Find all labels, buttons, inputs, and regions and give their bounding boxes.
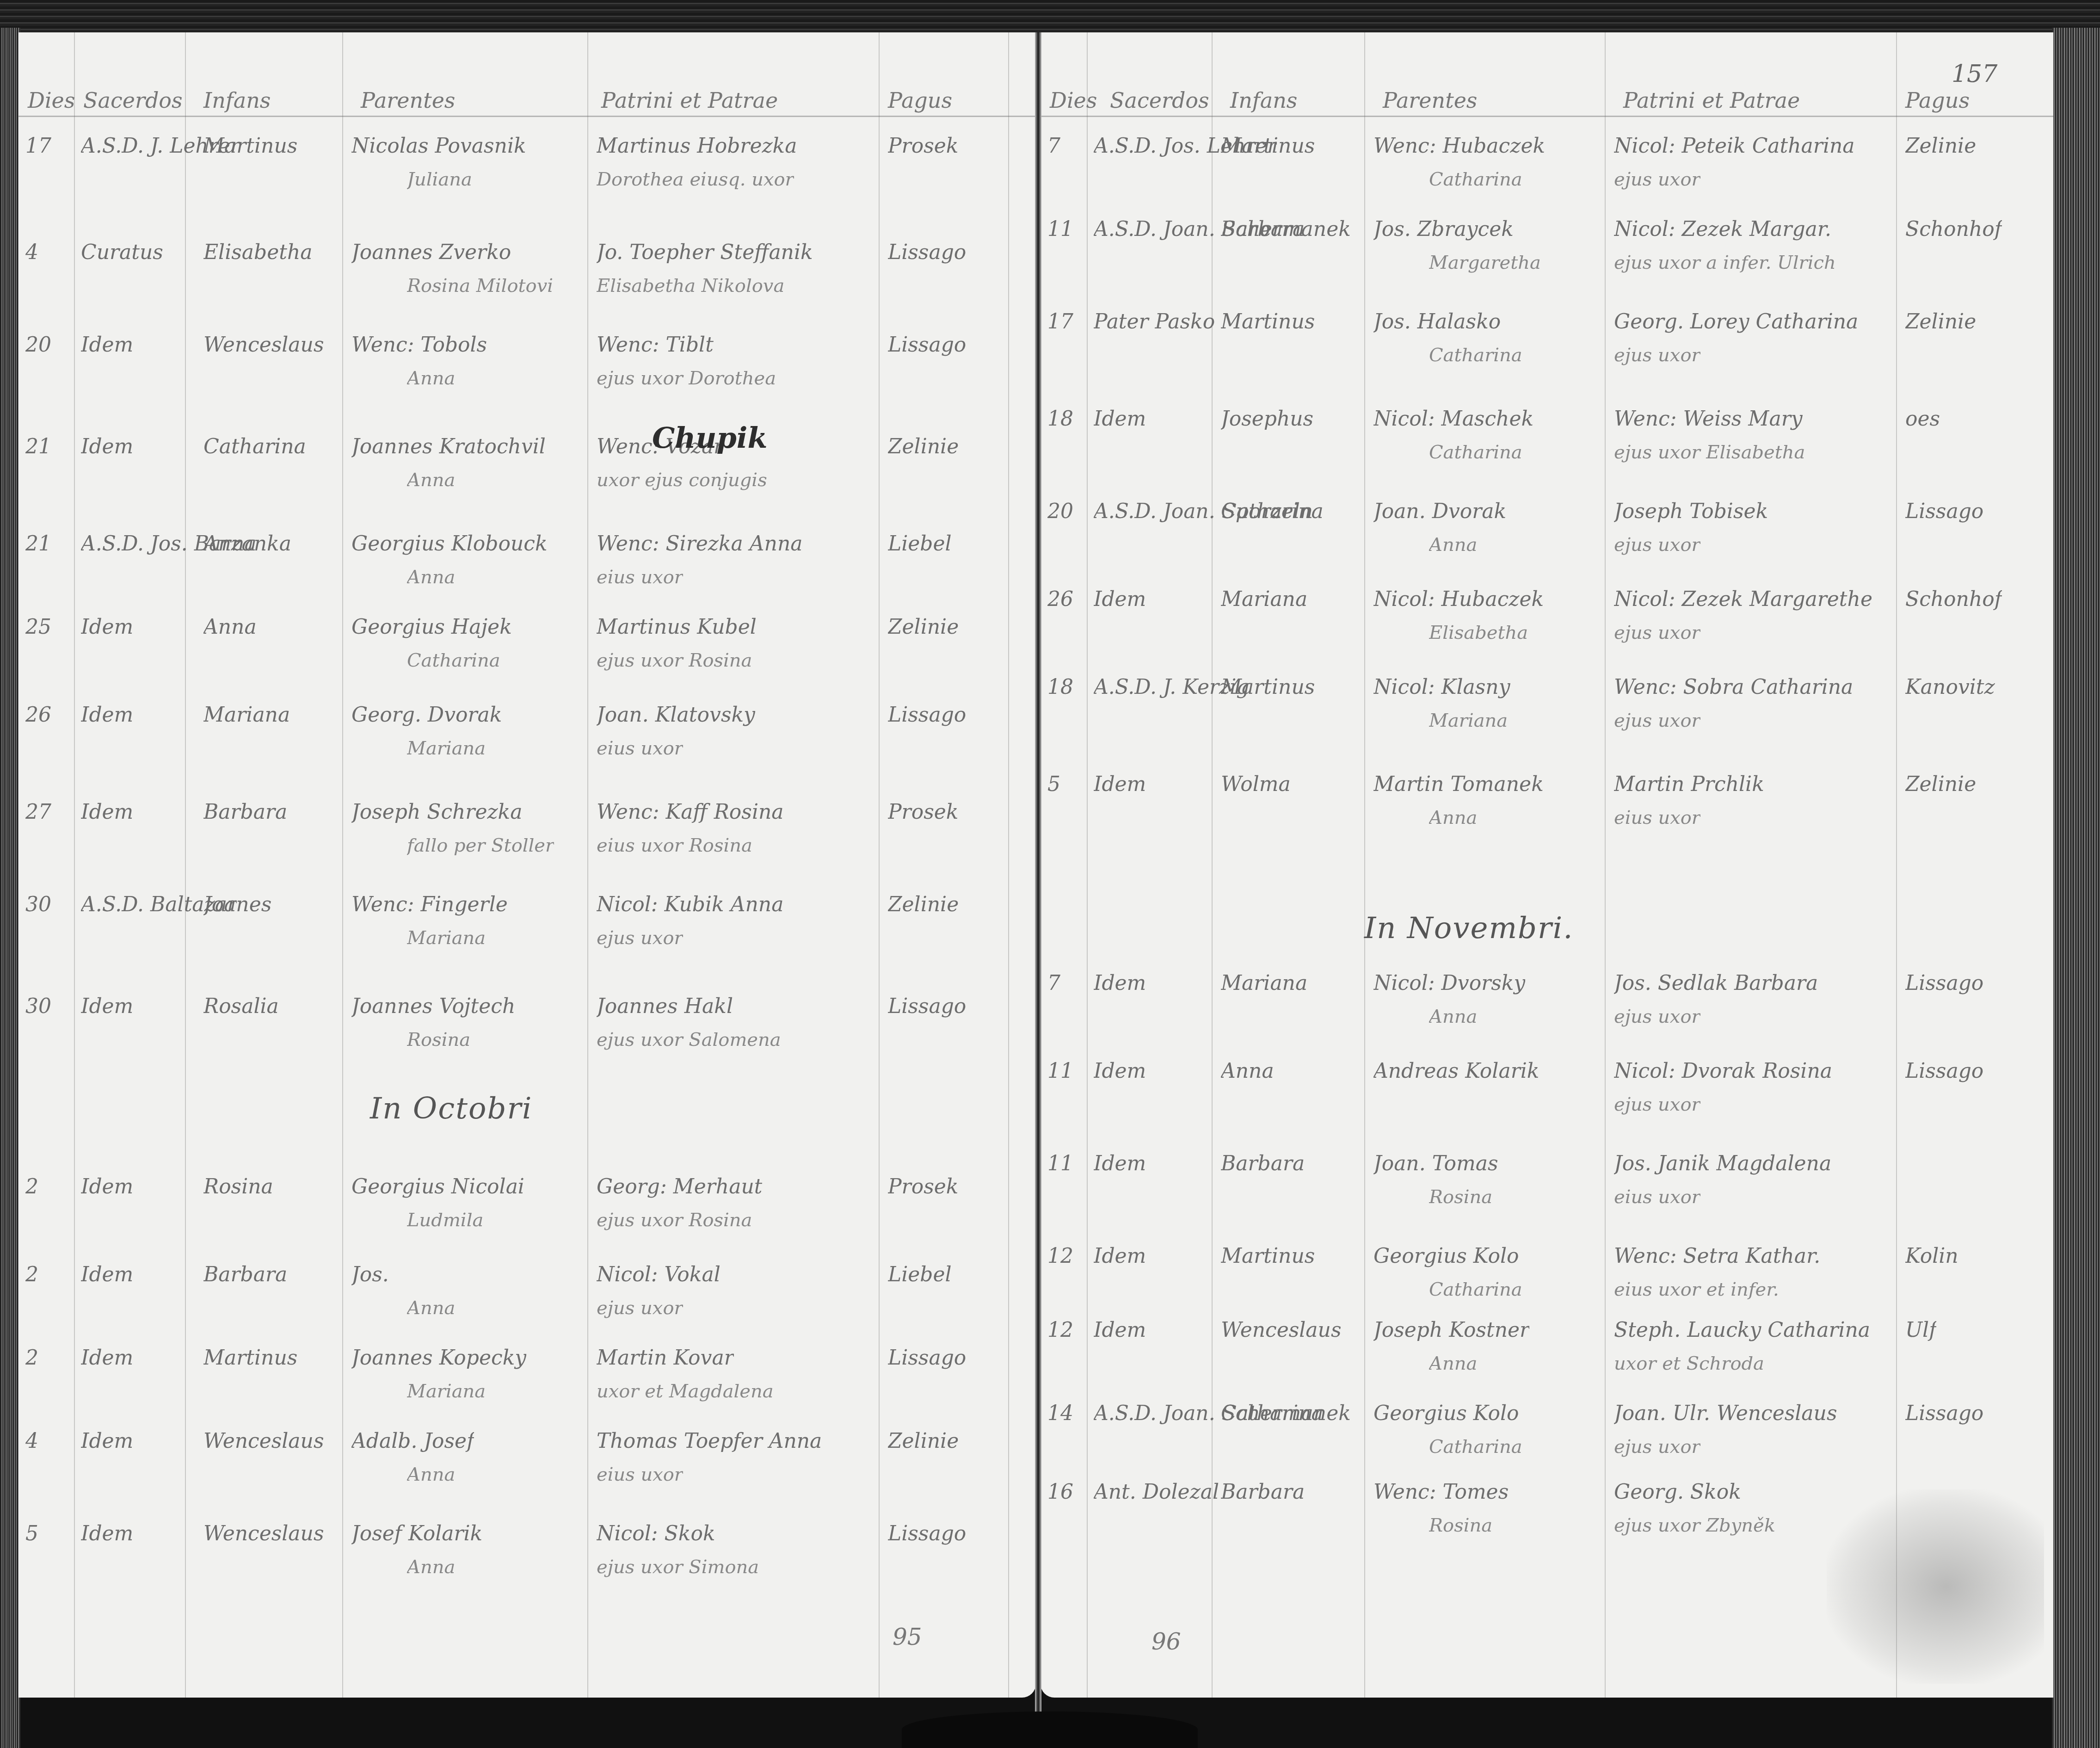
entry-parents: Jos. Zbraycek <box>1373 217 1514 241</box>
register-entry: 26IdemMarianaNicol: HubaczekElisabethaNi… <box>1041 578 2053 661</box>
entry-village: Zelinie <box>1905 134 1976 158</box>
entry-infant: Barbara <box>1221 217 1305 241</box>
register-entry: 21A.S.D. Jos. BarzankaAnnaGeorgius Klobo… <box>18 523 1036 606</box>
entry-infant: Martinus <box>1221 134 1315 158</box>
entry-godparents: Wenc: Tiblt <box>597 333 714 357</box>
entry-mother: Anna <box>407 567 455 588</box>
entry-village: Lissago <box>1905 1402 1983 1425</box>
entry-day: 20 <box>25 333 51 357</box>
entry-day: 5 <box>1047 772 1060 796</box>
entry-infant: Rosalia <box>203 994 279 1018</box>
entry-mother: Anna <box>1429 1006 1477 1027</box>
header-sacerdos: Sacerdos <box>83 88 183 113</box>
entry-mother: Catharina <box>1429 1279 1522 1300</box>
entry-priest: Idem <box>1094 587 1146 611</box>
entry-godparents: Nicol: Zezek Margar. <box>1614 217 1831 241</box>
entry-village: Zelinie <box>888 893 959 916</box>
entry-infant: Martinus <box>203 1346 297 1370</box>
entry-godparents-line2: ejus uxor <box>1614 169 1700 190</box>
entry-mother: Ludmila <box>407 1210 483 1231</box>
entry-priest: Idem <box>81 615 133 639</box>
entry-parents: Nicol: Klasny <box>1373 675 1510 699</box>
entry-godparents-line2: ejus uxor Zbyněk <box>1614 1515 1775 1536</box>
entry-priest: Idem <box>81 703 133 727</box>
entry-infant: Wenceslaus <box>203 1522 324 1545</box>
register-entry: 11A.S.D. Joan. SchermanekBarbaraJos. Zbr… <box>1041 208 2053 291</box>
entry-parents: Wenc: Fingerle <box>351 893 508 916</box>
entry-parents: Andreas Kolarik <box>1373 1059 1539 1083</box>
entry-godparents-line2: ejus uxor <box>1614 1094 1700 1115</box>
entry-mother: Mariana <box>407 927 486 949</box>
entry-infant: Martinus <box>1221 310 1315 334</box>
entry-parents: Georgius Kolo <box>1373 1402 1519 1425</box>
entry-parents: Joan. Dvorak <box>1373 500 1506 523</box>
entry-godparents-line2: eius uxor <box>1614 807 1700 828</box>
entry-parents: Georg. Dvorak <box>351 703 502 727</box>
entry-godparents: Martinus Hobrezka <box>597 134 797 158</box>
entry-godparents: Nicol: Peteik Catharina <box>1614 134 1855 158</box>
entry-infant: Barbara <box>1221 1480 1305 1504</box>
entry-godparents-line2: Dorothea eiusq. uxor <box>597 169 794 190</box>
register-entry: 18IdemJosephusNicol: MaschekCatharinaWen… <box>1041 398 2053 481</box>
entry-godparents-line2: uxor ejus conjugis <box>597 469 767 491</box>
entry-godparents: Martin Prchlik <box>1614 772 1764 796</box>
entry-godparents: Joannes Hakl <box>597 994 733 1018</box>
entry-godparents: Joan. Ulr. Wenceslaus <box>1614 1402 1837 1425</box>
entry-village: Lissago <box>1905 971 1983 995</box>
entry-parents: Joannes Vojtech <box>351 994 515 1018</box>
entry-village: oes <box>1905 407 1940 431</box>
header-infans: Infans <box>1230 88 1297 113</box>
entry-godparents: Wenc: Sobra Catharina <box>1614 675 1853 699</box>
register-entry: 2IdemMartinusJoannes KopeckyMarianaMarti… <box>18 1337 1036 1420</box>
entry-godparents: Georg. Lorey Catharina <box>1614 310 1858 334</box>
entry-day: 5 <box>25 1522 38 1545</box>
register-entry: 27IdemBarbaraJoseph Schrezkafallo per St… <box>18 791 1036 874</box>
header-patrini: Patrini et Patrae <box>601 88 778 113</box>
entry-priest: Idem <box>1094 1244 1146 1268</box>
entry-infant: Mariana <box>203 703 290 727</box>
column-header-row: Dies Sacerdos Infans Parentes Patrini et… <box>18 88 1036 117</box>
entry-godparents: Wenc: Setra Kathar. <box>1614 1244 1820 1268</box>
entry-priest: Idem <box>1094 1152 1146 1175</box>
register-entry: 20IdemWenceslausWenc: TobolsAnnaWenc: Ti… <box>18 324 1036 407</box>
entry-village: Zelinie <box>888 1429 959 1453</box>
register-entry: 30A.S.D. BaltazarJoanesWenc: FingerleMar… <box>18 883 1036 967</box>
entry-day: 12 <box>1047 1244 1073 1268</box>
entry-godparents-line2: eius uxor <box>597 567 683 588</box>
entry-priest: Idem <box>1094 1059 1146 1083</box>
entry-village: Lissago <box>1905 1059 1983 1083</box>
entry-village: Prosek <box>888 134 958 158</box>
entry-village: Lissago <box>888 241 966 264</box>
entry-infant: Barbara <box>203 1263 287 1286</box>
entry-godparents-line2: ejus uxor <box>1614 534 1700 556</box>
entry-village: Lissago <box>888 1522 966 1545</box>
entry-day: 30 <box>25 893 51 916</box>
entry-day: 30 <box>25 994 51 1018</box>
entry-godparents-line2: ejus uxor a infer. Ulrich <box>1614 252 1836 273</box>
entry-village: Ulf <box>1905 1318 1936 1342</box>
register-entry: 4IdemWenceslausAdalb. JosefAnnaThomas To… <box>18 1420 1036 1503</box>
entry-priest: Idem <box>81 1346 133 1370</box>
entry-priest: Idem <box>1094 407 1146 431</box>
margin-annotation: Chupik <box>652 421 767 455</box>
register-entry: 11IdemBarbaraJoan. TomasRosinaJos. Janik… <box>1041 1143 2053 1226</box>
entry-godparents-line2: eius uxor <box>597 1464 683 1485</box>
entry-mother: Anna <box>1429 807 1477 828</box>
entry-village: Lissago <box>888 994 966 1018</box>
entry-godparents: Joseph Tobisek <box>1614 500 1768 523</box>
entry-parents: Nicolas Povasnik <box>351 134 526 158</box>
entry-village: Lissago <box>888 1346 966 1370</box>
entry-village: Prosek <box>888 800 958 824</box>
register-entry: 5IdemWenceslausJosef KolarikAnnaNicol: S… <box>18 1513 1036 1596</box>
entry-village: Zelinie <box>1905 772 1976 796</box>
register-entry: 30IdemRosaliaJoannes VojtechRosinaJoanne… <box>18 985 1036 1069</box>
entry-godparents: Jos. Janik Magdalena <box>1614 1152 1831 1175</box>
right-page: Dies Sacerdos Infans Parentes Patrini et… <box>1041 32 2053 1698</box>
entry-godparents-line2: ejus uxor <box>597 1297 683 1319</box>
register-entry: 2IdemRosinaGeorgius NicolaiLudmilaGeorg:… <box>18 1166 1036 1249</box>
register-entry: 5IdemWolmaMartin TomanekAnnaMartin Prchl… <box>1041 763 2053 846</box>
entry-village: Zelinie <box>888 615 959 639</box>
entry-day: 18 <box>1047 407 1073 431</box>
entry-village: Zelinie <box>888 435 959 458</box>
entry-parents: Joan. Tomas <box>1373 1152 1498 1175</box>
entry-godparents-line2: eius uxor et infer. <box>1614 1279 1779 1300</box>
entry-village: Kanovitz <box>1905 675 1995 699</box>
left-page-stack-edge <box>0 28 20 1748</box>
entry-godparents: Nicol: Vokal <box>597 1263 721 1286</box>
entry-village: Zelinie <box>1905 310 1976 334</box>
entry-infant: Catharina <box>1221 500 1324 523</box>
entry-godparents: Steph. Laucky Catharina <box>1614 1318 1870 1342</box>
entry-infant: Wenceslaus <box>203 333 324 357</box>
entry-godparents-line2: ejus uxor <box>1614 1436 1700 1458</box>
entry-mother: Elisabetha <box>1429 622 1528 643</box>
entry-priest: Idem <box>81 1429 133 1453</box>
entry-infant: Elisabetha <box>203 241 313 264</box>
entry-mother: Mariana <box>407 738 486 759</box>
entry-mother: Juliana <box>407 169 472 190</box>
entry-mother: Margaretha <box>1429 252 1541 273</box>
entry-day: 21 <box>25 435 51 458</box>
entry-village: Prosek <box>888 1175 958 1198</box>
entry-godparents-line2: ejus uxor Rosina <box>597 1210 752 1231</box>
entry-day: 11 <box>1047 1059 1073 1083</box>
register-entry: 4CuratusElisabethaJoannes ZverkoRosina M… <box>18 231 1036 315</box>
entry-parents: Josef Kolarik <box>351 1522 482 1545</box>
entry-godparents-line2: Elisabetha Nikolova <box>597 275 784 296</box>
entry-infant: Anna <box>1221 1059 1274 1083</box>
entry-infant: Mariana <box>1221 971 1307 995</box>
entry-priest: Ant. Dolezal <box>1094 1480 1219 1504</box>
water-stain <box>1827 1489 2044 1684</box>
entry-village: Lissago <box>1905 500 1983 523</box>
entry-day: 17 <box>1047 310 1073 334</box>
entry-mother: Rosina <box>1429 1515 1492 1536</box>
entry-priest: Pater Pasko <box>1094 310 1215 334</box>
entry-infant: Barbara <box>203 800 287 824</box>
month-heading: In Novembri. <box>1364 911 1573 945</box>
entry-godparents-line2: ejus uxor <box>1614 1006 1700 1027</box>
entry-parents: Nicol: Hubaczek <box>1373 587 1544 611</box>
entry-mother: Anna <box>407 1297 455 1319</box>
entry-priest: Curatus <box>81 241 163 264</box>
entry-godparents: Wenc: Sirezka Anna <box>597 532 803 556</box>
folio-number: 96 <box>1152 1628 1181 1655</box>
entry-day: 26 <box>1047 587 1073 611</box>
entry-godparents: Georg. Skok <box>1614 1480 1741 1504</box>
entry-mother: Anna <box>407 368 455 389</box>
entry-infant: Anna <box>203 532 257 556</box>
entry-parents: Georgius Klobouck <box>351 532 548 556</box>
entry-mother: Catharina <box>1429 345 1522 366</box>
entry-village: Liebel <box>888 1263 952 1286</box>
entry-priest: Idem <box>1094 772 1146 796</box>
entry-godparents: Georg: Merhaut <box>597 1175 762 1198</box>
entry-parents: Joseph Kostner <box>1373 1318 1529 1342</box>
entry-parents: Nicol: Dvorsky <box>1373 971 1525 995</box>
entry-infant: Anna <box>203 615 257 639</box>
entry-mother: Anna <box>1429 534 1477 556</box>
entry-infant: Rosina <box>203 1175 273 1198</box>
entry-mother: fallo per Stoller <box>407 835 554 856</box>
entry-godparents-line2: ejus uxor Elisabetha <box>1614 442 1805 463</box>
entry-day: 2 <box>25 1263 38 1286</box>
entry-infant: Catharina <box>1221 1402 1324 1425</box>
entry-day: 12 <box>1047 1318 1073 1342</box>
entry-mother: Catharina <box>1429 169 1522 190</box>
entry-godparents-line2: eius uxor <box>597 738 683 759</box>
register-entry: 14A.S.D. Joan. SchermanekCatharinaGeorgi… <box>1041 1392 2053 1476</box>
entry-day: 2 <box>25 1346 38 1370</box>
header-patrini: Patrini et Patrae <box>1623 88 1800 113</box>
entry-infant: Mariana <box>1221 587 1307 611</box>
entry-parents: Adalb. Josef <box>351 1429 474 1453</box>
header-infans: Infans <box>203 88 271 113</box>
register-entry: 18A.S.D. J. KerzigMartinusNicol: KlasnyM… <box>1041 666 2053 749</box>
header-pagus: Pagus <box>888 88 952 113</box>
entry-godparents-line2: ejus uxor <box>597 927 683 949</box>
entry-godparents: Wenc: Weiss Mary <box>1614 407 1803 431</box>
entry-godparents: Wenc: Kaff Rosina <box>597 800 784 824</box>
entry-infant: Wenceslaus <box>203 1429 324 1453</box>
entry-day: 25 <box>25 615 51 639</box>
register-entry: 26IdemMarianaGeorg. DvorakMarianaJoan. K… <box>18 694 1036 777</box>
entry-village: Lissago <box>888 333 966 357</box>
entry-mother: Catharina <box>1429 442 1522 463</box>
entry-godparents: Jos. Sedlak Barbara <box>1614 971 1818 995</box>
entry-godparents: Joan. Klatovsky <box>597 703 755 727</box>
header-parentes: Parentes <box>361 88 455 113</box>
entry-infant: Martinus <box>1221 1244 1315 1268</box>
entry-priest: Idem <box>1094 971 1146 995</box>
entry-mother: Mariana <box>407 1381 486 1402</box>
entry-mother: Catharina <box>407 650 500 671</box>
entry-village: Schonhof <box>1905 217 2002 241</box>
entry-day: 14 <box>1047 1402 1073 1425</box>
entry-day: 4 <box>25 241 38 264</box>
entry-parents: Jos. <box>351 1263 389 1286</box>
entry-parents: Joannes Zverko <box>351 241 511 264</box>
folio-number: 95 <box>893 1624 922 1650</box>
entry-godparents-line2: ejus uxor <box>1614 622 1700 643</box>
entry-parents: Nicol: Maschek <box>1373 407 1533 431</box>
entry-godparents: Martinus Kubel <box>597 615 757 639</box>
entry-infant: Barbara <box>1221 1152 1305 1175</box>
entry-mother: Anna <box>407 1557 455 1578</box>
register-entry: 25IdemAnnaGeorgius HajekCatharinaMartinu… <box>18 606 1036 689</box>
entry-day: 7 <box>1047 134 1060 158</box>
register-entry: 12IdemWenceslausJoseph KostnerAnnaSteph.… <box>1041 1309 2053 1392</box>
register-entry: 2IdemBarbaraJos.AnnaNicol: Vokalejus uxo… <box>18 1254 1036 1337</box>
entry-godparents: Nicol: Dvorak Rosina <box>1614 1059 1832 1083</box>
entry-priest: Idem <box>81 1263 133 1286</box>
header-sacerdos: Sacerdos <box>1110 88 1209 113</box>
entry-priest: Idem <box>81 333 133 357</box>
entry-priest: Idem <box>81 435 133 458</box>
entry-parents: Georgius Nicolai <box>351 1175 524 1198</box>
entry-parents: Wenc: Hubaczek <box>1373 134 1545 158</box>
entry-village: Liebel <box>888 532 952 556</box>
entry-day: 4 <box>25 1429 38 1453</box>
entry-mother: Catharina <box>1429 1436 1522 1458</box>
entry-godparents-line2: uxor et Magdalena <box>597 1381 774 1402</box>
entry-priest: Idem <box>81 800 133 824</box>
entry-godparents-line2: ejus uxor <box>1614 710 1700 731</box>
entry-godparents: Nicol: Kubik Anna <box>597 893 783 916</box>
header-pagus: Pagus <box>1905 88 1970 113</box>
entry-godparents: Nicol: Skok <box>597 1522 715 1545</box>
entry-mother: Mariana <box>1429 710 1508 731</box>
entry-mother: Rosina <box>1429 1186 1492 1208</box>
entry-priest: Idem <box>81 1175 133 1198</box>
entry-parents: Georgius Hajek <box>351 615 512 639</box>
entry-mother: Rosina <box>407 1029 470 1050</box>
register-entry: 7A.S.D. Jos. LehrerMartinusWenc: Hubacze… <box>1041 125 2053 208</box>
book-bottom-shadow <box>902 1711 1198 1748</box>
entry-infant: Martinus <box>1221 675 1315 699</box>
entry-day: 11 <box>1047 1152 1073 1175</box>
entry-day: 7 <box>1047 971 1060 995</box>
book-gutter <box>1035 32 1041 1748</box>
register-entry: 17A.S.D. J. LehrerMartinusNicolas Povasn… <box>18 125 1036 208</box>
entry-godparents-line2: ejus uxor Salomena <box>597 1029 781 1050</box>
entry-godparents-line2: ejus uxor Dorothea <box>597 368 776 389</box>
entry-parents: Joannes Kopecky <box>351 1346 526 1370</box>
entry-mother: Anna <box>1429 1353 1477 1374</box>
register-entry: 7IdemMarianaNicol: DvorskyAnnaJos. Sedla… <box>1041 962 2053 1045</box>
entry-godparents-line2: ejus uxor <box>1614 345 1700 366</box>
entry-godparents-line2: eius uxor Rosina <box>597 835 752 856</box>
entry-parents: Martin Tomanek <box>1373 772 1544 796</box>
entry-priest: Idem <box>1094 1318 1146 1342</box>
register-entry: 21IdemCatharinaJoannes KratochvilAnnaWen… <box>18 426 1036 509</box>
register-entry: 12IdemMartinusGeorgius KoloCatharinaWenc… <box>1041 1235 2053 1318</box>
entry-mother: Rosina Milotovi <box>407 275 553 296</box>
entry-day: 26 <box>25 703 51 727</box>
entry-parents: Wenc: Tobols <box>351 333 487 357</box>
entry-parents: Georgius Kolo <box>1373 1244 1519 1268</box>
entry-priest: Idem <box>81 1522 133 1545</box>
entry-godparents-line2: uxor et Schroda <box>1614 1353 1764 1374</box>
entry-day: 20 <box>1047 500 1073 523</box>
page-number: 157 <box>1952 60 1997 88</box>
entry-godparents-line2: ejus uxor Rosina <box>597 650 752 671</box>
entry-priest: Idem <box>81 994 133 1018</box>
entry-infant: Joanes <box>203 893 271 916</box>
entry-parents: Joannes Kratochvil <box>351 435 546 458</box>
entry-village: Schonhof <box>1905 587 2002 611</box>
left-page: Dies Sacerdos Infans Parentes Patrini et… <box>18 32 1036 1698</box>
header-dies: Dies <box>1050 88 1097 113</box>
entry-village: Lissago <box>888 703 966 727</box>
header-dies: Dies <box>28 88 75 113</box>
entry-godparents-line2: eius uxor <box>1614 1186 1700 1208</box>
entry-village: Kolin <box>1905 1244 1958 1268</box>
entry-parents: Jos. Halasko <box>1373 310 1501 334</box>
entry-day: 17 <box>25 134 51 158</box>
entry-mother: Anna <box>407 1464 455 1485</box>
entry-day: 18 <box>1047 675 1073 699</box>
column-header-row: Dies Sacerdos Infans Parentes Patrini et… <box>1041 88 2053 117</box>
entry-godparents-line2: ejus uxor Simona <box>597 1557 759 1578</box>
entry-parents: Joseph Schrezka <box>351 800 523 824</box>
entry-day: 2 <box>25 1175 38 1198</box>
entry-infant: Catharina <box>203 435 306 458</box>
register-entry: 11IdemAnnaAndreas KolarikNicol: Dvorak R… <box>1041 1050 2053 1133</box>
entry-godparents: Jo. Toepher Steffanik <box>597 241 813 264</box>
register-entry: 20A.S.D. Joan. SporzelnCatharinaJoan. Dv… <box>1041 490 2053 574</box>
entry-day: 16 <box>1047 1480 1073 1504</box>
entry-godparents: Thomas Toepfer Anna <box>597 1429 822 1453</box>
entry-infant: Wenceslaus <box>1221 1318 1342 1342</box>
entry-day: 21 <box>25 532 51 556</box>
register-entry: 17Pater PaskoMartinusJos. HalaskoCathari… <box>1041 301 2053 384</box>
entry-godparents: Nicol: Zezek Margarethe <box>1614 587 1872 611</box>
entry-parents: Wenc: Tomes <box>1373 1480 1509 1504</box>
entry-infant: Wolma <box>1221 772 1291 796</box>
entry-infant: Martinus <box>203 134 297 158</box>
entry-mother: Anna <box>407 469 455 491</box>
month-heading: In Octobri <box>370 1092 532 1126</box>
header-parentes: Parentes <box>1383 88 1477 113</box>
entry-godparents: Martin Kovar <box>597 1346 734 1370</box>
entry-priest: A.S.D. Jos. Barzanka <box>81 532 291 556</box>
entry-day: 27 <box>25 800 51 824</box>
right-page-stack-edge <box>2052 28 2100 1748</box>
entry-infant: Josephus <box>1221 407 1313 431</box>
entry-day: 11 <box>1047 217 1073 241</box>
